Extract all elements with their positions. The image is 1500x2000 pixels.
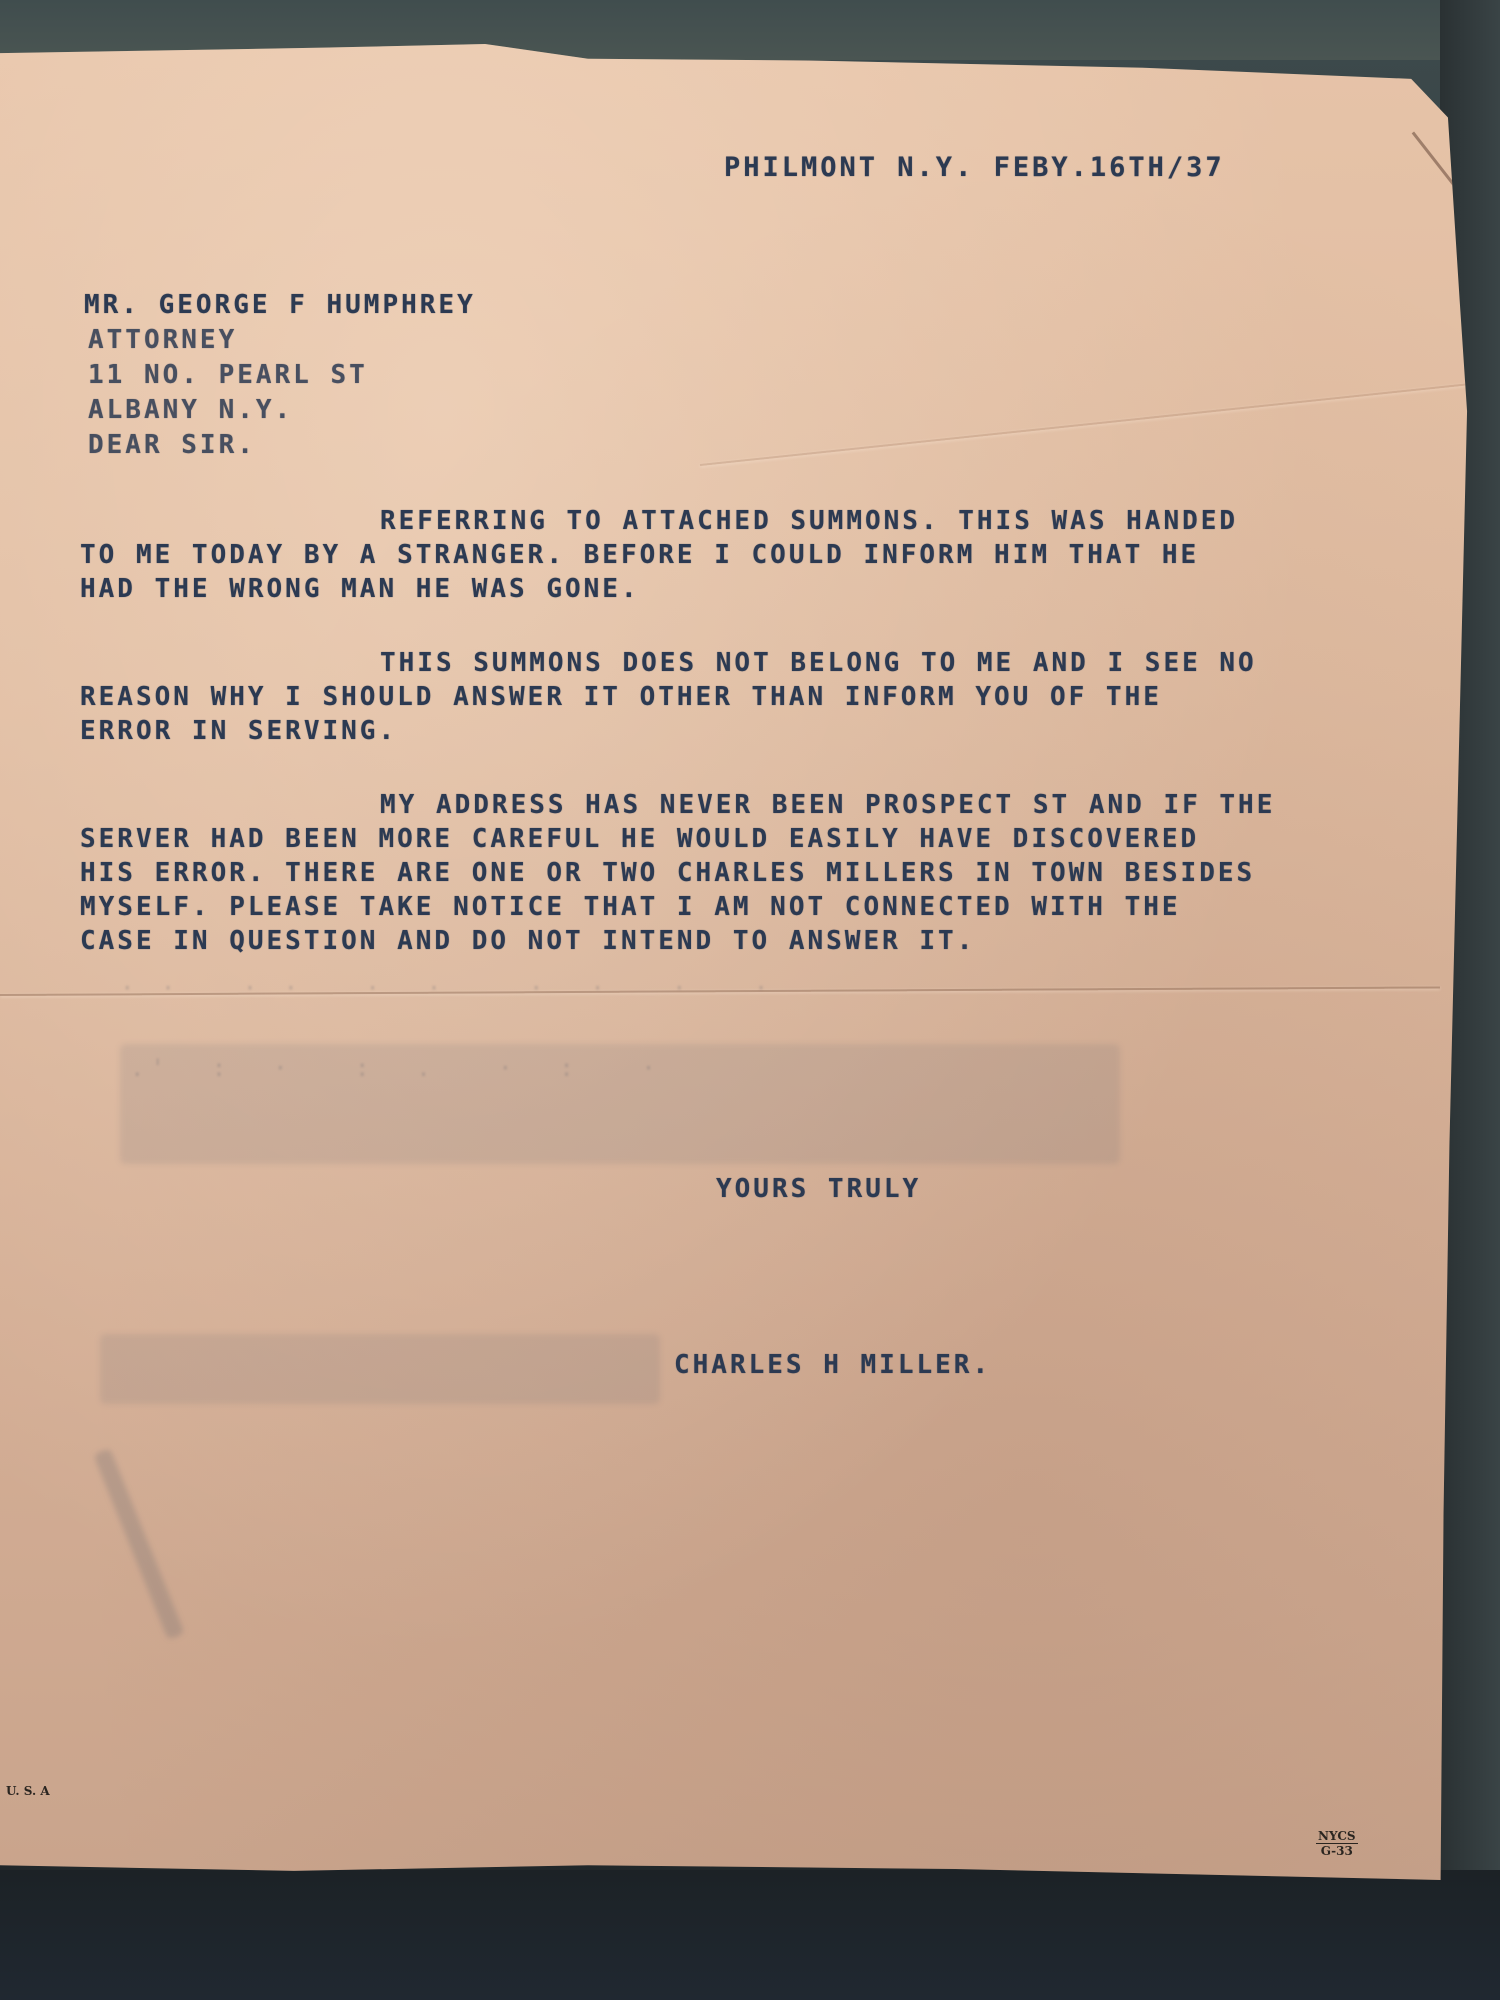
body-line: REASON WHY I SHOULD ANSWER IT OTHER THAN… xyxy=(80,680,1410,714)
body-paragraph-3: MY ADDRESS HAS NEVER BEEN PROSPECT ST AN… xyxy=(80,788,1410,958)
body-line: THIS SUMMONS DOES NOT BELONG TO ME AND I… xyxy=(80,646,1410,680)
body-line: ERROR IN SERVING. xyxy=(80,714,1410,748)
signature: CHARLES H MILLER. xyxy=(674,1350,991,1380)
body-line: REFERRING TO ATTACHED SUMMONS. THIS WAS … xyxy=(80,504,1410,538)
body-line: MYSELF. PLEASE TAKE NOTICE THAT I AM NOT… xyxy=(80,890,1410,924)
form-code-bottom: G-33 xyxy=(1316,1844,1358,1858)
place-date-line: PHILMONT N.Y. FEBY.16TH/37 xyxy=(724,152,1225,183)
body-line: HAD THE WRONG MAN HE WAS GONE. xyxy=(80,572,1410,606)
printer-mark: U. S. A xyxy=(6,1784,50,1798)
recipient-title: ATTORNEY xyxy=(88,325,237,355)
recipient-name: MR. GEORGE F HUMPHREY xyxy=(84,290,476,320)
body-line: HIS ERROR. THERE ARE ONE OR TWO CHARLES … xyxy=(80,856,1410,890)
body-line: SERVER HAD BEEN MORE CAREFUL HE WOULD EA… xyxy=(80,822,1410,856)
form-code-top: NYCS xyxy=(1316,1829,1358,1844)
body-line: TO ME TODAY BY A STRANGER. BEFORE I COUL… xyxy=(80,538,1410,572)
form-code: NYCS G-33 xyxy=(1316,1829,1358,1858)
closing: YOURS TRULY xyxy=(716,1174,921,1204)
ghost-text-offset: .' : · : . · : · xyxy=(130,1054,662,1082)
body-paragraph-1: REFERRING TO ATTACHED SUMMONS. THIS WAS … xyxy=(80,504,1410,606)
body-line: MY ADDRESS HAS NEVER BEEN PROSPECT ST AN… xyxy=(80,788,1410,822)
body-paragraph-2: THIS SUMMONS DOES NOT BELONG TO ME AND I… xyxy=(80,646,1410,748)
body-line: CASE IN QUESTION AND DO NOT INTEND TO AN… xyxy=(80,924,1410,958)
pencil-stroke-mark xyxy=(93,1448,185,1640)
letter-sheet: · · · · · · · · · · .' : · : . · : · PHI… xyxy=(0,44,1470,1880)
ink-offset-smudge xyxy=(100,1334,660,1404)
ghost-text-offset: · · · · · · · · · · xyxy=(120,974,774,1002)
recipient-street: 11 NO. PEARL ST xyxy=(88,360,368,390)
salutation: DEAR SIR. xyxy=(88,430,256,460)
background-surface-bottom xyxy=(0,1870,1500,2000)
paper-fold-crease-upper xyxy=(700,384,1466,466)
recipient-city: ALBANY N.Y. xyxy=(88,395,293,425)
